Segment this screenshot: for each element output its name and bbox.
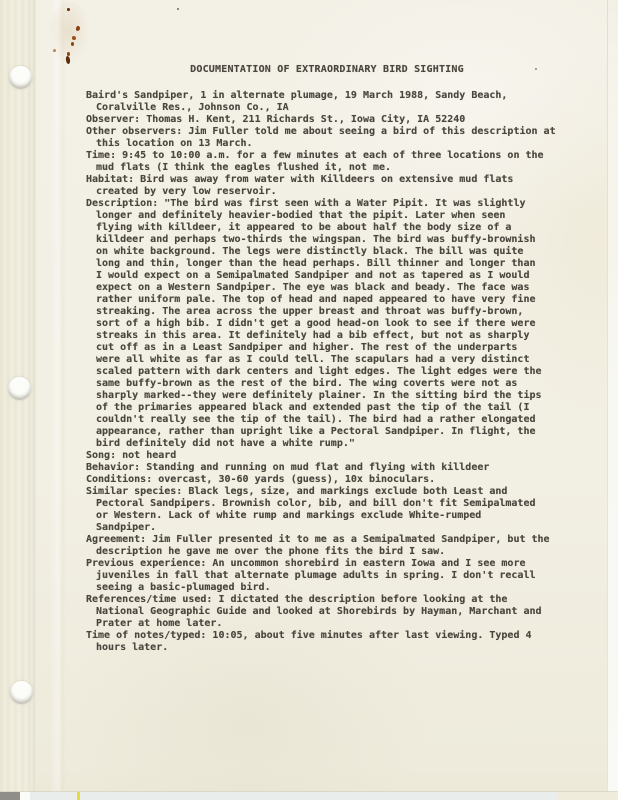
scanner-strip-dark-segment — [0, 792, 20, 800]
typewritten-text-block: DOCUMENTATION OF EXTRAORDINARY BIRD SIGH… — [86, 64, 568, 654]
document-lines: Baird's Sandpiper, 1 in alternate plumag… — [86, 90, 568, 654]
document-line: were all white as far as I could tell. T… — [86, 354, 568, 366]
document-line: Description: "The bird was first seen wi… — [86, 198, 568, 210]
document-line: this location on 13 March. — [86, 138, 568, 150]
punch-hole-middle — [8, 377, 31, 400]
scanner-strip-cream-segment — [558, 792, 618, 800]
rust-stain-speck — [72, 36, 76, 40]
document-line: bird definitely did not have a white rum… — [86, 438, 568, 450]
document-line: Pectoral Sandpipers. Brownish color, bib… — [86, 498, 568, 510]
document-line: Sandpiper. — [86, 522, 568, 534]
document-line: long and thin, longer than the head perh… — [86, 258, 568, 270]
document-line: Previous experience: An uncommon shorebi… — [86, 558, 568, 570]
document-line: streaks in this area. It definitely had … — [86, 330, 568, 342]
document-line: Agreement: Jim Fuller presented it to me… — [86, 534, 568, 546]
document-title: DOCUMENTATION OF EXTRAORDINARY BIRD SIGH… — [86, 64, 568, 76]
scanned-document-page: DOCUMENTATION OF EXTRAORDINARY BIRD SIGH… — [0, 0, 618, 800]
punch-hole-bottom — [10, 681, 33, 704]
document-line: Other observers: Jim Fuller told me abou… — [86, 126, 568, 138]
document-line: Time: 9:45 to 10:00 a.m. for a few minut… — [86, 150, 568, 162]
ink-speck — [177, 8, 179, 10]
document-line: seeing a basic-plumaged bird. — [86, 582, 568, 594]
document-line: longer and definitely heavier-bodied tha… — [86, 210, 568, 222]
document-line: I would expect on a Semipalmated Sandpip… — [86, 270, 568, 282]
document-line: hours later. — [86, 642, 568, 654]
document-line: juveniles in fall that alternate plumage… — [86, 570, 568, 582]
document-line: Observer: Thomas H. Kent, 211 Richards S… — [86, 114, 568, 126]
document-line: description he gave me over the phone fi… — [86, 546, 568, 558]
rust-stain-speck — [53, 49, 56, 52]
document-line: scaled pattern with dark centers and lig… — [86, 366, 568, 378]
document-line: Behavior: Standing and running on mud fl… — [86, 462, 568, 474]
document-line: Habitat: Bird was away from water with K… — [86, 174, 568, 186]
document-line: Baird's Sandpiper, 1 in alternate plumag… — [86, 90, 568, 102]
document-line: References/time used: I dictated the des… — [86, 594, 568, 606]
document-line: mud flats (I think the eagles flushed it… — [86, 162, 568, 174]
document-line: streaking. The area across the upper bre… — [86, 306, 568, 318]
document-line: killdeer and perhaps two-thirds the wing… — [86, 234, 568, 246]
rust-stain-speck — [67, 8, 70, 11]
document-line: sort of a high bib. I didn't get a good … — [86, 318, 568, 330]
document-line: cut off as in a Least Sandpiper and high… — [86, 342, 568, 354]
rust-stain-speck — [71, 42, 74, 46]
document-line: Time of notes/typed: 10:05, about five m… — [86, 630, 568, 642]
scanner-strip-yellow-tick — [77, 792, 80, 800]
document-line: on white background. The legs were disti… — [86, 246, 568, 258]
scanner-strip-white-segment — [20, 792, 30, 800]
punch-hole-top — [9, 66, 32, 89]
paper-fold-line — [50, 0, 66, 792]
document-line: same buffy-brown as the rest of the bird… — [86, 378, 568, 390]
document-line: rather uniform pale. The top of head and… — [86, 294, 568, 306]
document-line: Prater at home later. — [86, 618, 568, 630]
document-line: Coralville Res., Johnson Co., IA — [86, 102, 568, 114]
document-line: Conditions: overcast, 30-60 yards (guess… — [86, 474, 568, 486]
document-line: National Geographic Guide and looked at … — [86, 606, 568, 618]
document-line: sharply marked--they were definitely pla… — [86, 390, 568, 402]
document-line: of the primaries appeared black and exte… — [86, 402, 568, 414]
document-line: appearance, rather than upright like a P… — [86, 426, 568, 438]
document-line: flying with killdeer, it appeared to be … — [86, 222, 568, 234]
scanner-bottom-strip — [0, 792, 618, 800]
page-right-edge — [607, 0, 618, 792]
document-line: or Western. Lack of white rump and marki… — [86, 510, 568, 522]
document-line: created by very low reservoir. — [86, 186, 568, 198]
document-line: couldn't really see the tip of the tail)… — [86, 414, 568, 426]
document-line: expect on a Western Sandpiper. The eye w… — [86, 282, 568, 294]
document-line: Similar species: Black legs, size, and m… — [86, 486, 568, 498]
document-line: Song: not heard — [86, 450, 568, 462]
